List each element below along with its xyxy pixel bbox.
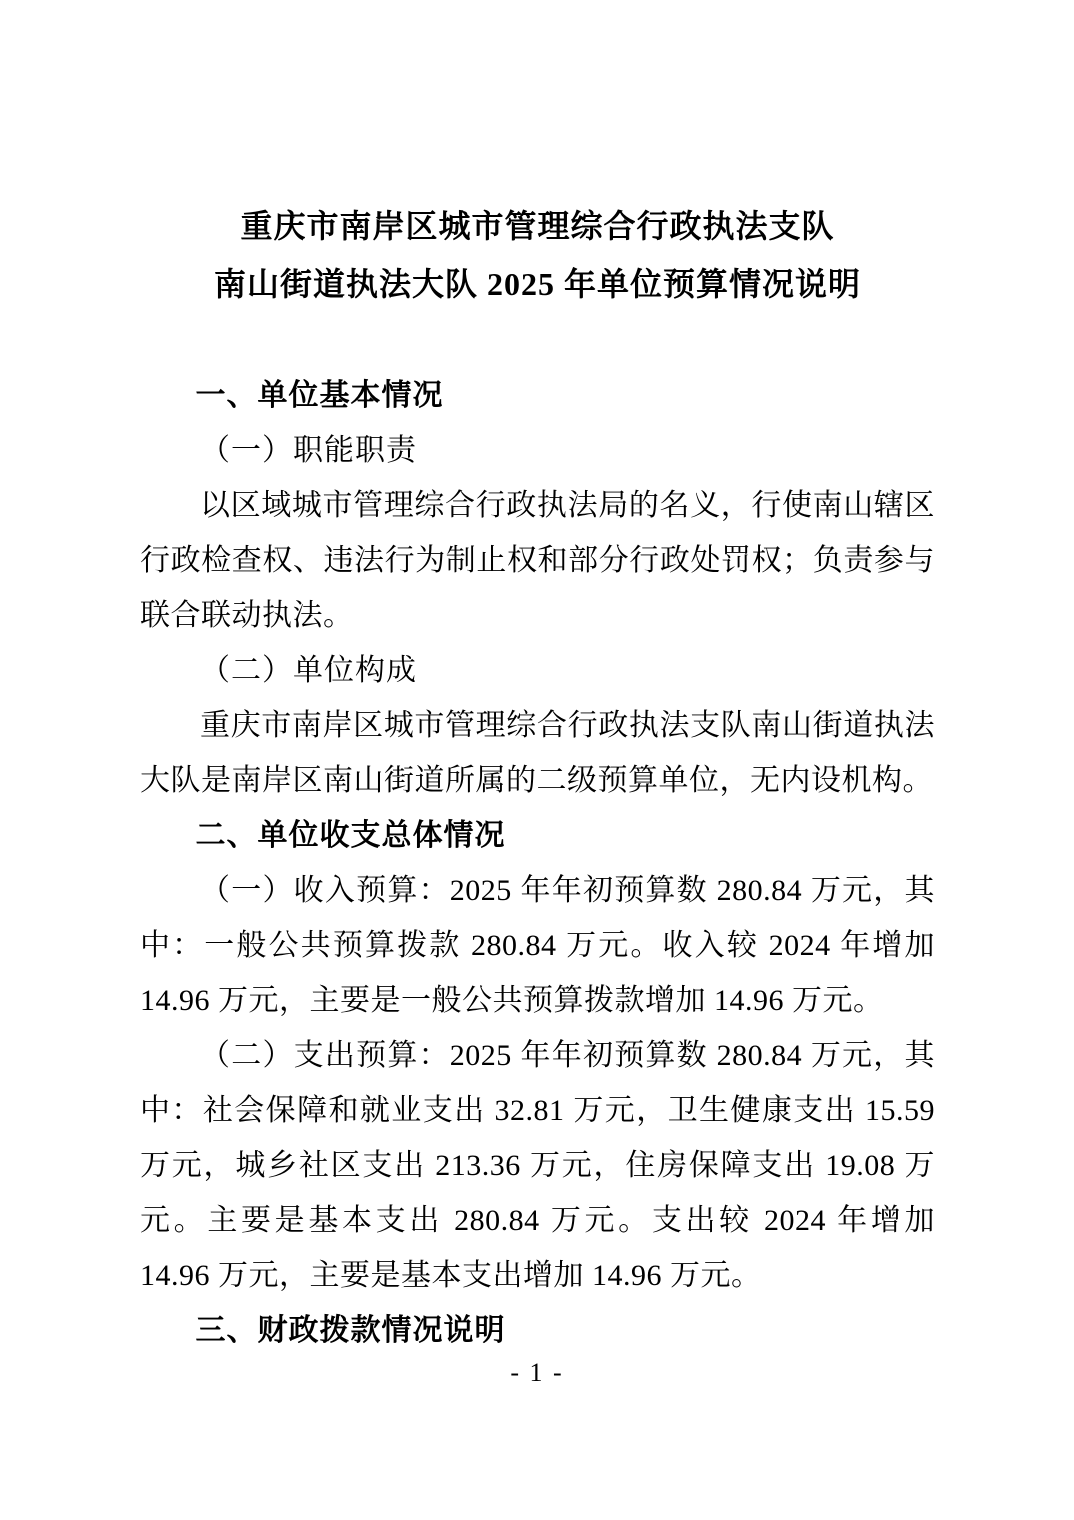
paragraph-income-budget: （一）收入预算：2025 年年初预算数 280.84 万元，其中：一般公共预算拨… <box>140 863 935 1028</box>
subheading-duties: （一）职能职责 <box>140 423 935 478</box>
document-title: 重庆市南岸区城市管理综合行政执法支队 南山街道执法大队 2025 年单位预算情况… <box>140 197 935 313</box>
document-page: 重庆市南岸区城市管理综合行政执法支队 南山街道执法大队 2025 年单位预算情况… <box>0 0 1074 1520</box>
title-line-2: 南山街道执法大队 2025 年单位预算情况说明 <box>140 255 935 313</box>
paragraph-expenditure-budget: （二）支出预算：2025 年年初预算数 280.84 万元，其中：社会保障和就业… <box>140 1028 935 1303</box>
section-heading-revenue-expenditure: 二、单位收支总体情况 <box>140 808 935 863</box>
section-heading-basic-info: 一、单位基本情况 <box>140 368 935 423</box>
paragraph-unit-composition: 重庆市南岸区城市管理综合行政执法支队南山街道执法大队是南岸区南山街道所属的二级预… <box>140 698 935 808</box>
title-line-1: 重庆市南岸区城市管理综合行政执法支队 <box>140 197 935 255</box>
section-heading-fiscal-appropriation: 三、财政拨款情况说明 <box>140 1303 935 1358</box>
page-number: - 1 - <box>0 1358 1074 1388</box>
paragraph-duties: 以区域城市管理综合行政执法局的名义，行使南山辖区行政检查权、违法行为制止权和部分… <box>140 478 935 643</box>
subheading-unit-composition: （二）单位构成 <box>140 643 935 698</box>
